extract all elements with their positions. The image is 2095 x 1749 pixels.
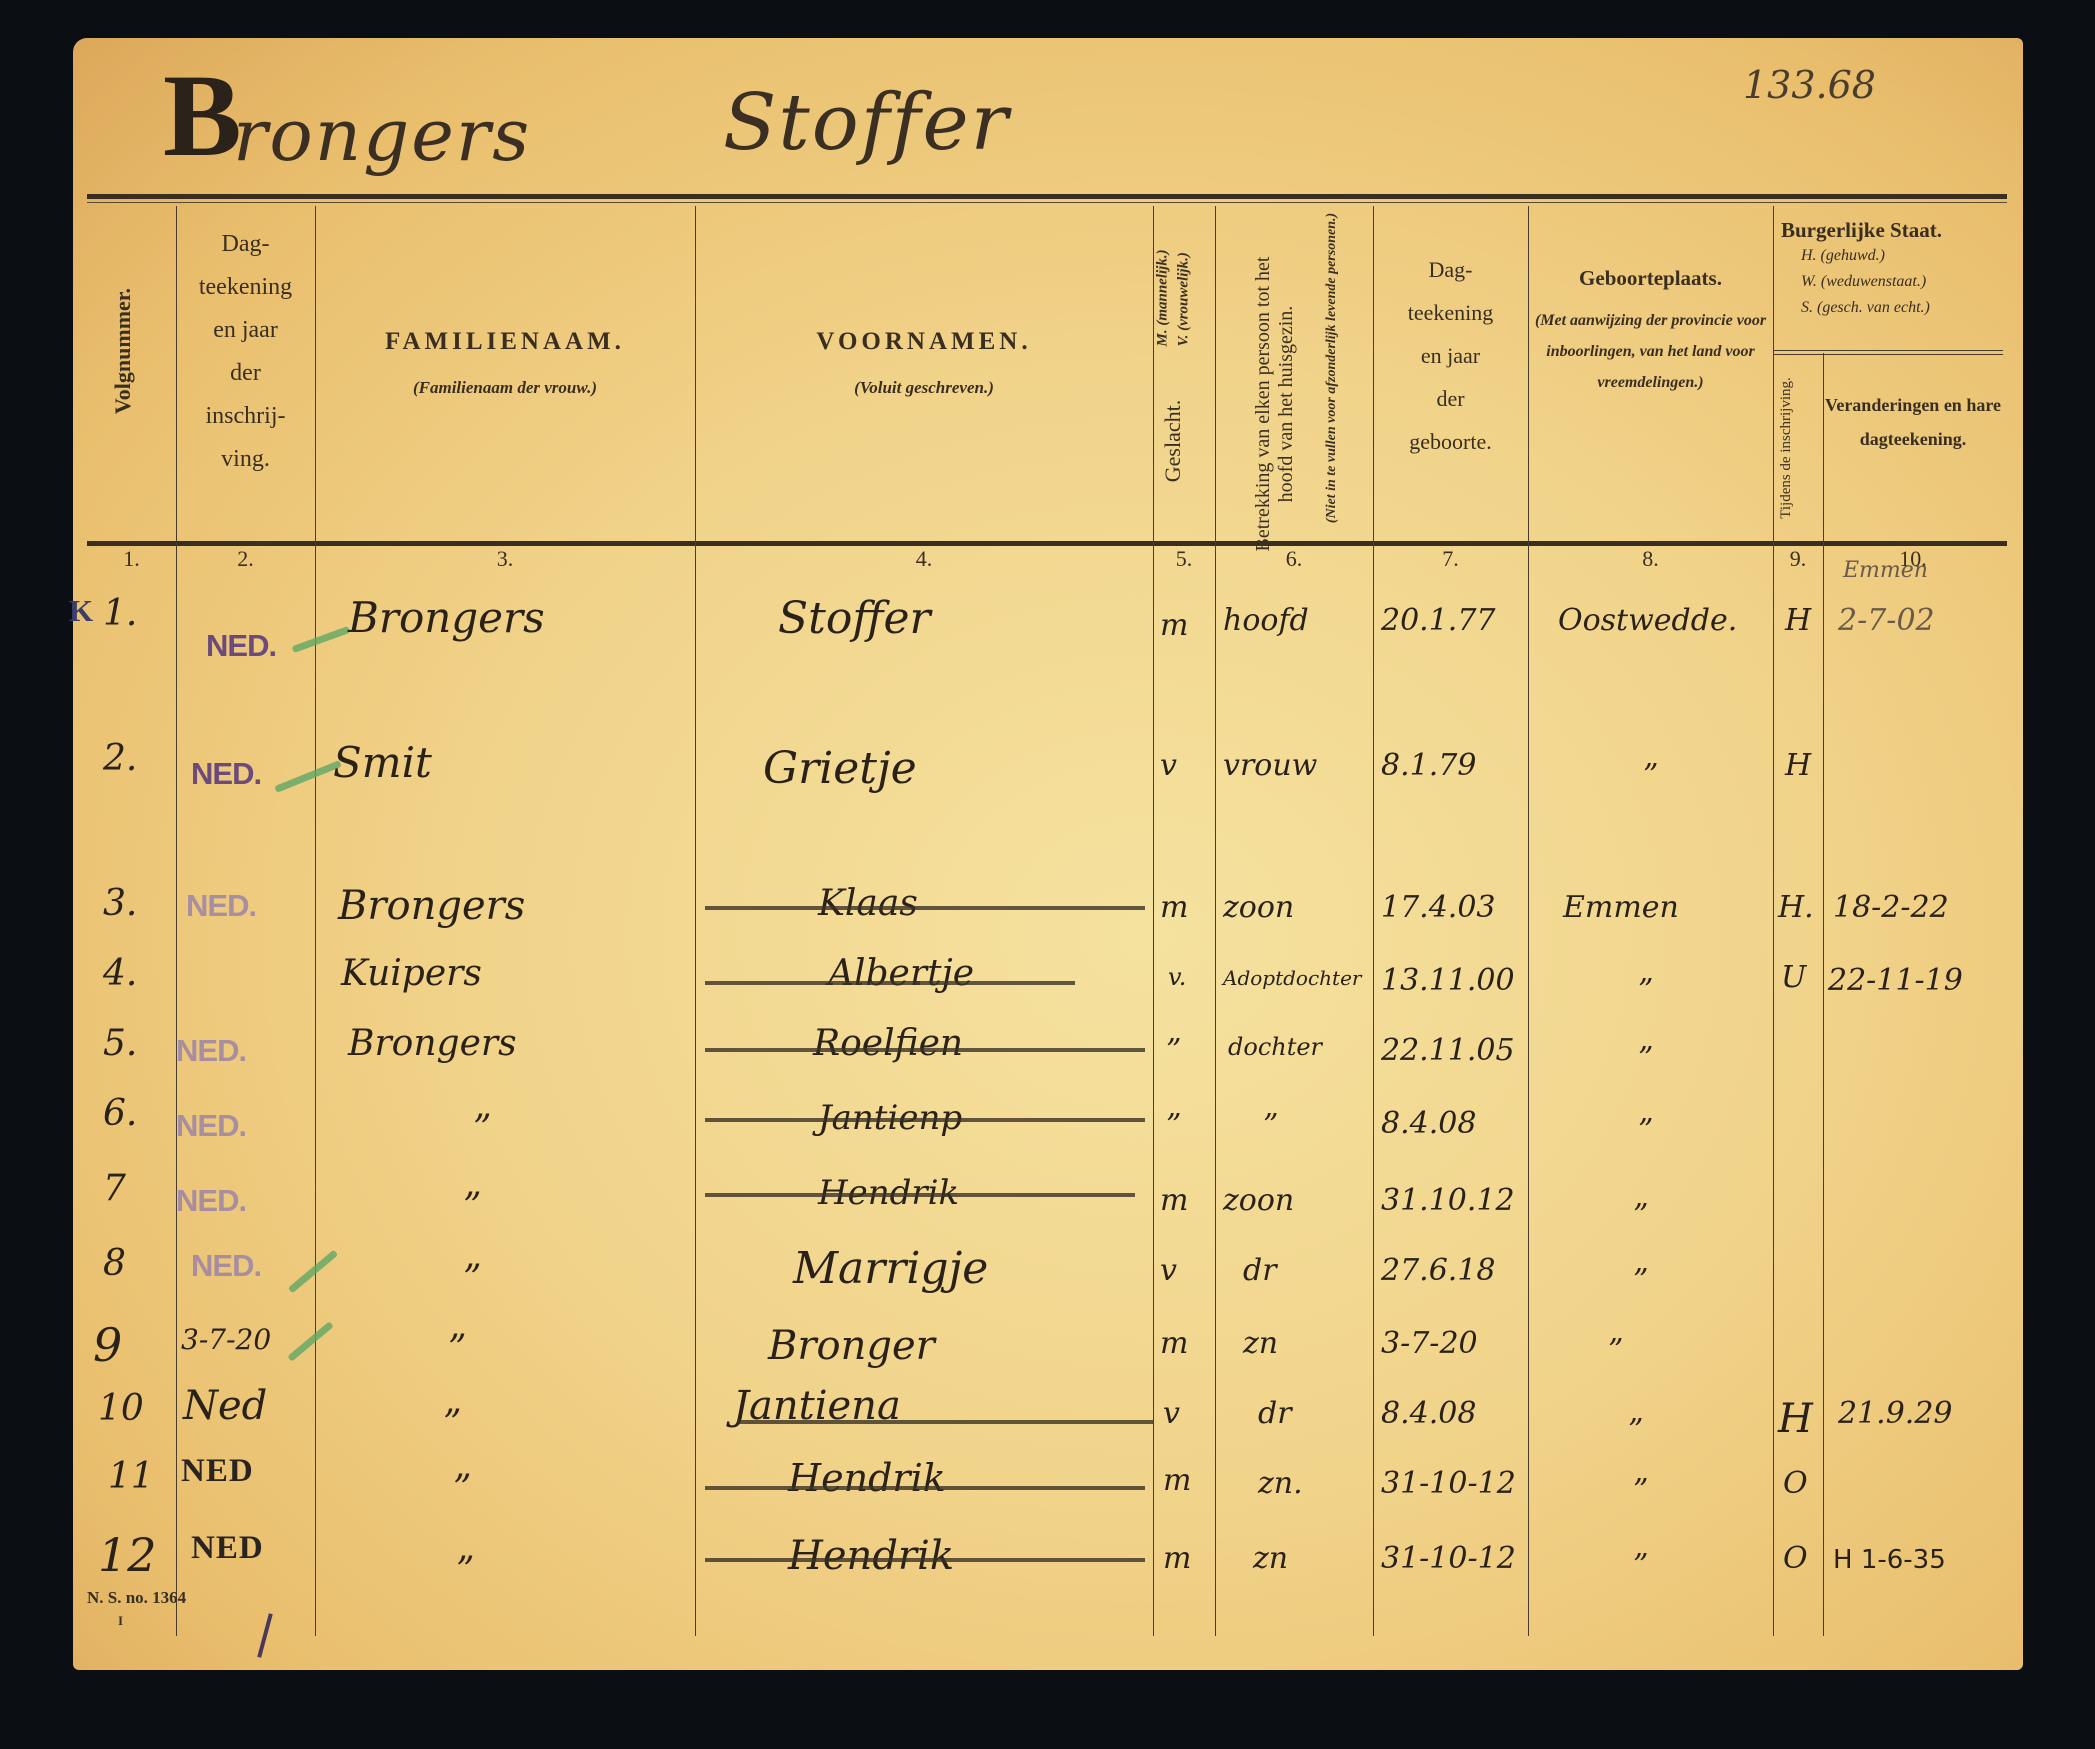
row-1-sex: m (1160, 608, 1188, 643)
row-3-nr: 3. (103, 883, 137, 924)
row-3-birthplace: Emmen (1563, 890, 1679, 925)
row-6-family: ” (473, 1108, 491, 1149)
row-7-relation: zoon (1223, 1183, 1294, 1218)
colnum-8: 8. (1528, 546, 1773, 572)
row-7-sex: m (1160, 1183, 1188, 1218)
row-6-birthplace: ” (1638, 1113, 1653, 1148)
row-10-nr: 10 (98, 1388, 144, 1429)
register-card: B rongers Stoffer 133.68 Volgnummer. Dag… (73, 38, 2023, 1670)
header-voornamen: VOORNAMEN. (Voluit geschreven.) (695, 328, 1153, 398)
row-9-registration: 3-7-20 (181, 1323, 271, 1356)
row-1-changes-note: Emmen (1843, 558, 1928, 583)
row-2-birthplace: ” (1643, 758, 1658, 793)
row-12-registration: NED (191, 1530, 264, 1567)
row-9-birthplace: ” (1608, 1333, 1623, 1368)
row-11-registration: NED (181, 1453, 254, 1490)
colnum-1: 1. (87, 546, 176, 572)
row-6-birth-date: 8.4.08 (1381, 1106, 1476, 1141)
row-12-family: ” (456, 1550, 474, 1591)
colnum-5: 5. (1153, 546, 1215, 572)
row-3-strike (705, 906, 1145, 910)
row-8-family: ” (463, 1258, 481, 1299)
row-1-given: Stoffer (778, 593, 931, 644)
row-9-sex: m (1160, 1326, 1188, 1361)
row-12-sex: m (1163, 1541, 1191, 1576)
header-geboorte: Dag- teekening en jaar der geboorte. (1373, 248, 1528, 463)
form-code-sub: I (118, 1613, 123, 1629)
row-8-nr: 8 (103, 1243, 126, 1284)
row-6-registration: NED. (176, 1108, 246, 1144)
colnum-3: 3. (315, 546, 695, 572)
legend-w: W. (weduwenstaat.) (1781, 269, 2016, 295)
row-2-relation: vrouw (1223, 748, 1317, 783)
row-4-relation: Adoptdochter (1223, 966, 1362, 990)
row-1-birthplace: Oostwedde. (1558, 603, 1737, 638)
row-9-relation: zn (1243, 1326, 1278, 1361)
row-4-given: Albertje (828, 953, 974, 994)
reference-number: 133.68 (1743, 63, 1876, 107)
header-geslacht: Geslacht. (1160, 381, 1186, 501)
row-10-relation: dr (1258, 1396, 1292, 1431)
header-tijdens-inschrijving: Tijdens de inschrijving. (1778, 373, 1818, 523)
row-2-given: Grietje (763, 743, 917, 794)
row-3-relation: zoon (1223, 890, 1294, 925)
col-divider-3 (695, 206, 696, 1636)
row-11-given: Hendrik (788, 1456, 946, 1500)
legend-s: S. (gesch. van echt.) (1781, 295, 2016, 321)
voornamen-subtitle: (Voluit geschreven.) (695, 378, 1153, 398)
header-veranderingen: Veranderingen en hare dagteekening. (1823, 388, 2003, 456)
row-5-registration: NED. (176, 1033, 246, 1069)
burgerlijke-staat-title: Burgerlijke Staat. (1781, 218, 2016, 243)
row-11-strike (705, 1486, 1145, 1490)
row-12-changes: H 1-6-35 (1833, 1545, 1946, 1575)
row-5-birthplace: ” (1638, 1041, 1653, 1076)
legend-v: V. (vrouwelijk.) (1176, 197, 1193, 347)
row-9-family: ” (448, 1328, 466, 1369)
col-divider-2 (315, 206, 316, 1636)
row-10-family: ” (443, 1403, 461, 1444)
row-7-family: ” (463, 1186, 481, 1227)
row-5-birth-date: 22.11.05 (1381, 1033, 1515, 1068)
row-11-relation: zn. (1258, 1466, 1303, 1501)
surname-title: rongers (233, 93, 531, 177)
row-9-given: Bronger (768, 1323, 935, 1369)
row-7-birth-date: 31.10.12 (1381, 1183, 1515, 1218)
row-4-nr: 4. (103, 953, 137, 994)
firstname-title: Stoffer (723, 78, 1010, 168)
row-3-changes: 18-2-22 (1833, 890, 1949, 925)
row-11-nr: 11 (108, 1456, 154, 1497)
row-10-registration: Ned (183, 1383, 267, 1429)
row-7-registration: NED. (176, 1183, 246, 1219)
row-7-birthplace: ” (1633, 1198, 1648, 1233)
row-11-birthplace: ” (1633, 1473, 1648, 1508)
header-top-rule (87, 194, 2007, 199)
form-code: N. S. no. 1364 (87, 1588, 186, 1608)
colnum-6: 6. (1215, 546, 1373, 572)
colnum-4: 4. (695, 546, 1153, 572)
row-4-strike (705, 981, 920, 985)
row-4-birthplace: ” (1638, 973, 1653, 1008)
row-8-green-mark (288, 1250, 338, 1294)
familienaam-title: FAMILIENAAM. (315, 328, 695, 356)
row-12-status: O (1783, 1541, 1808, 1576)
colnum-2: 2. (176, 546, 315, 572)
geboorteplaats-subtitle: (Met aanwijzing der provincie voor inboo… (1528, 305, 1773, 398)
row-3-status: H. (1778, 890, 1814, 925)
col-divider-8 (1773, 206, 1774, 1636)
row-9-green-mark (287, 1321, 334, 1362)
row-10-birthplace: ” (1628, 1413, 1643, 1448)
header-top-rule-thin (87, 202, 2007, 203)
row-5-family: Brongers (348, 1023, 517, 1064)
header-familienaam: FAMILIENAAM. (Familienaam der vrouw.) (315, 328, 695, 398)
row-4-family: Kuipers (341, 953, 482, 994)
row-2-birth-date: 8.1.79 (1381, 748, 1476, 783)
row-10-sex: v (1163, 1396, 1180, 1431)
row-1-changes: 2-7-02 (1838, 603, 1935, 638)
row-11-sex: m (1163, 1463, 1191, 1498)
row-5-relation: dochter (1228, 1033, 1322, 1061)
familienaam-subtitle: (Familienaam der vrouw.) (315, 378, 695, 398)
row-9-nr: 9 (93, 1318, 122, 1372)
row-2-nr: 2. (103, 738, 137, 779)
row-8-sex: v (1160, 1253, 1177, 1288)
col-divider-4 (1153, 206, 1154, 1636)
row-10-changes: 21.9.29 (1838, 1396, 1953, 1431)
legend-h: H. (gehuwd.) (1781, 243, 2016, 269)
row-9-birth-date: 3-7-20 (1381, 1326, 1478, 1361)
header-burgerlijke-staat: Burgerlijke Staat. H. (gehuwd.) W. (wedu… (1773, 218, 2016, 321)
row-1-status: H (1785, 603, 1811, 638)
row-6-strike (705, 1118, 1145, 1122)
geboorteplaats-title: Geboorteplaats. (1528, 266, 1773, 291)
row-12-birth-date: 31-10-12 (1381, 1541, 1516, 1576)
row-4-birth-date: 13.11.00 (1381, 963, 1515, 998)
col-divider-5 (1215, 206, 1216, 1636)
row-11-family: ” (453, 1468, 471, 1509)
legend-m: M. (mannelijk.) (1155, 197, 1172, 347)
row-3-birth-date: 17.4.03 (1381, 890, 1496, 925)
row-1-family: Brongers (348, 593, 545, 642)
row-11-status: O (1783, 1466, 1808, 1501)
row-5-nr: 5. (103, 1023, 137, 1064)
row-4-sex: v. (1168, 963, 1186, 991)
burgerlijke-divider (1773, 350, 2003, 355)
voornamen-title: VOORNAMEN. (695, 328, 1153, 356)
row-12-relation: zn (1253, 1541, 1288, 1576)
header-geboorteplaats: Geboorteplaats. (Met aanwijzing der prov… (1528, 266, 1773, 398)
row-6-relation: ” (1263, 1108, 1278, 1143)
row-11-birth-date: 31-10-12 (1381, 1466, 1516, 1501)
header-betrekking-note: (Niet in te vullen voor afzonderlijk lev… (1323, 208, 1363, 528)
row-10-status: H (1778, 1396, 1813, 1442)
header-inschrijving: Dag- teekening en jaar der inschrij- vin… (176, 223, 315, 481)
row-8-birth-date: 27.6.18 (1381, 1253, 1496, 1288)
row-2-registration: NED. (191, 756, 261, 792)
row-8-registration: NED. (191, 1248, 261, 1284)
colnum-7: 7. (1373, 546, 1528, 572)
row-5-given: Roelfien (813, 1023, 963, 1064)
row-8-given: Marrigje (793, 1243, 988, 1294)
row-3-given: Klaas (818, 883, 918, 924)
row-6-sex: ” (1166, 1108, 1181, 1143)
row-1-relation: hoofd (1223, 603, 1309, 638)
row-1-prefix: K (69, 593, 92, 629)
row-3-family: Brongers (338, 883, 525, 929)
row-6-nr: 6. (103, 1093, 137, 1134)
row-2-status: H (1785, 748, 1811, 783)
purple-tick-mark (257, 1613, 273, 1658)
row-12-nr: 12 (98, 1528, 157, 1582)
row-3-registration: NED. (186, 888, 256, 924)
row-8-birthplace: ” (1633, 1263, 1648, 1298)
row-12-birthplace: ” (1633, 1548, 1648, 1583)
row-10-strike (738, 1420, 1153, 1424)
row-8-relation: dr (1243, 1253, 1277, 1288)
row-12-given: Hendrik (788, 1533, 954, 1579)
row-3-sex: m (1160, 890, 1188, 925)
row-1-green-mark (292, 626, 351, 653)
row-1-nr: 1. (103, 593, 137, 634)
row-2-family: Smit (333, 738, 432, 787)
row-2-sex: v (1160, 748, 1177, 783)
row-4-strike-2 (915, 981, 1075, 985)
row-7-nr: 7 (103, 1168, 126, 1209)
col-divider-7 (1528, 206, 1529, 1636)
row-12-strike (705, 1558, 1145, 1562)
row-4-changes: 22-11-19 (1828, 963, 1963, 998)
row-1-birth-date: 20.1.77 (1381, 603, 1496, 638)
row-1-registration: NED. (206, 628, 276, 664)
colnum-9: 9. (1773, 546, 1823, 572)
row-10-birth-date: 8.4.08 (1381, 1396, 1476, 1431)
header-volgnummer: Volgnummer. (110, 271, 136, 431)
row-7-strike (705, 1193, 1135, 1197)
surname-title-initial: B (163, 48, 242, 184)
row-4-status: U (1781, 960, 1806, 995)
row-5-strike (705, 1048, 1145, 1052)
row-2-green-mark (274, 760, 342, 793)
row-5-sex: ” (1166, 1033, 1181, 1068)
